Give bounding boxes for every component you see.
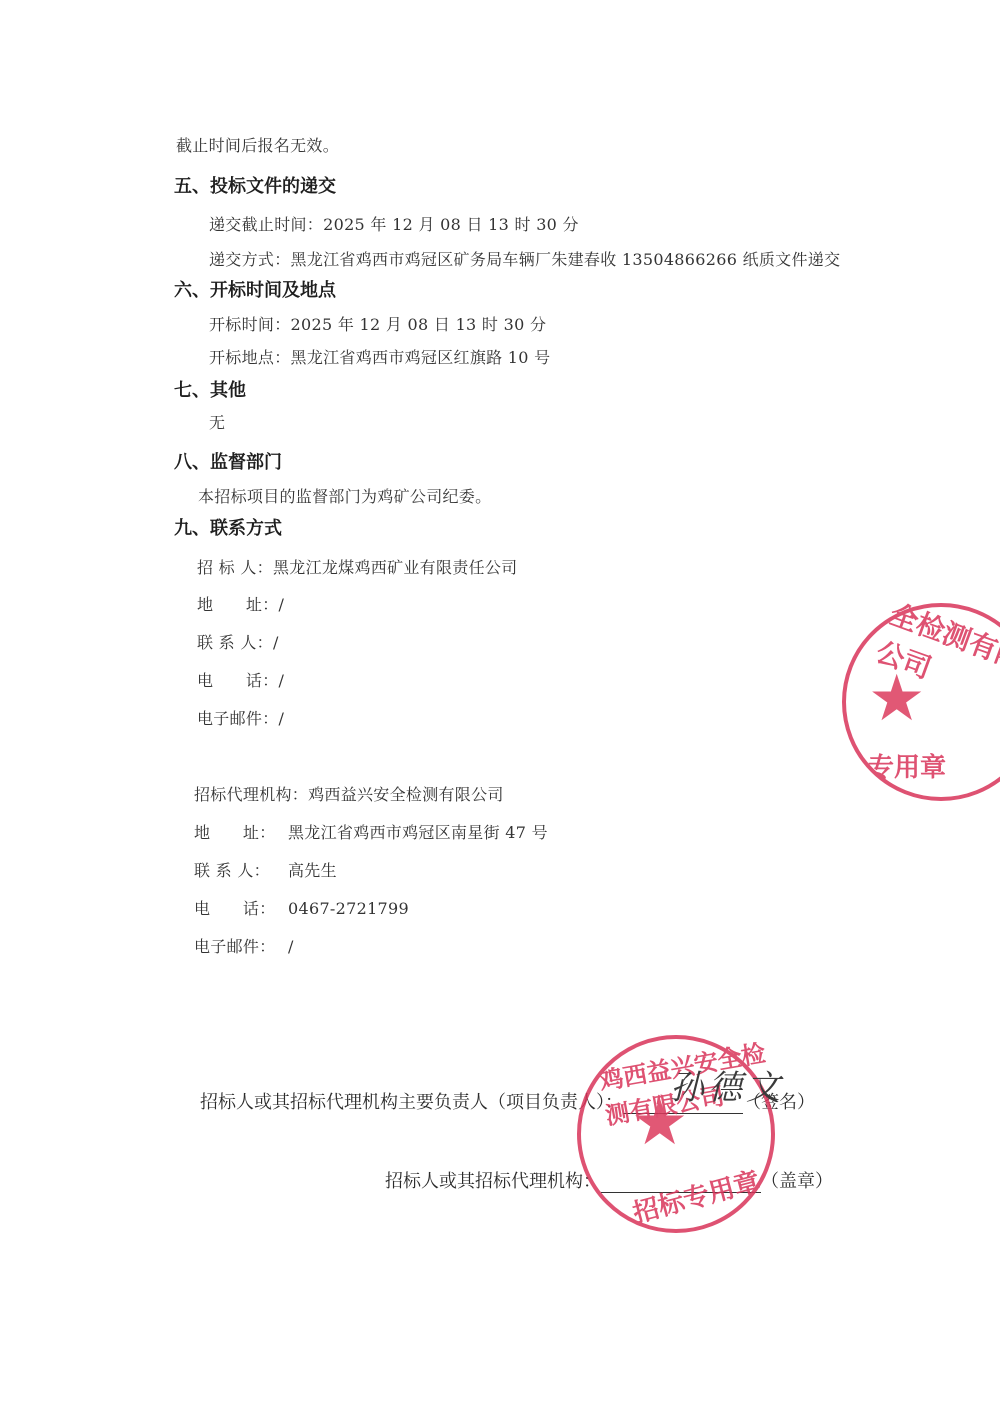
continuation-text: 截止时间后报名无效。 [176,133,339,156]
section-heading-other: 七、其他 [174,376,246,402]
other-content: 无 [209,410,225,433]
tenderer-contact-value: / [273,633,279,652]
agency-email-value: / [288,937,294,956]
submission-method-value: 黑龙江省鸡西市鸡冠区矿务局车辆厂朱建春收 13504866266 纸质文件递交 [291,250,841,269]
agency-phone-label: 电 话： [194,896,288,919]
bid-opening-time-value: 2025 年 12 月 08 日 13 时 30 分 [291,315,547,334]
agency-label: 招标代理机构： [194,782,308,805]
seal-bottom-text: 专用章 [868,747,946,784]
tenderer-email-label: 电子邮件： [197,706,279,729]
agency-address-label: 地 址： [194,820,288,843]
seal-suffix: （盖章） [761,1171,833,1192]
bid-opening-place: 开标地点：黑龙江省鸡西市鸡冠区红旗路 10 号 [209,345,550,368]
tenderer-contact-label: 联 系 人： [197,630,273,653]
submission-method-label: 递交方式： [209,250,291,269]
bid-opening-time: 开标时间：2025 年 12 月 08 日 13 时 30 分 [209,312,546,335]
bid-opening-place-label: 开标地点： [209,348,291,367]
section-heading-bid-opening: 六、开标时间及地点 [174,276,336,302]
section-heading-contact: 九、联系方式 [174,514,282,540]
tenderer-address-label: 地 址： [197,592,279,615]
seal-bottom-text: 招标专用章 [628,1161,763,1230]
submission-deadline: 递交截止时间：2025 年 12 月 08 日 13 时 30 分 [209,212,579,235]
tenderer-email-row: 电子邮件：/ [197,706,284,729]
agency-phone-row: 电 话：0467-2721799 [194,896,409,919]
submission-deadline-label: 递交截止时间： [209,215,323,234]
agency-address-row: 地 址：黑龙江省鸡西市鸡冠区南星街 47 号 [194,820,548,843]
handwritten-signature: 孙德文 [670,1060,784,1109]
tenderer-value: 黑龙江龙煤鸡西矿业有限责任公司 [273,558,518,577]
tenderer-name-row: 招 标 人：黑龙江龙煤鸡西矿业有限责任公司 [197,555,518,578]
tenderer-phone-value: / [279,671,285,690]
tenderer-contact-row: 联 系 人：/ [197,630,279,653]
agency-value: 鸡西益兴安全检测有限公司 [308,785,504,804]
tenderer-email-value: / [279,709,285,728]
bid-opening-time-label: 开标时间： [209,315,291,334]
supervision-content: 本招标项目的监督部门为鸡矿公司纪委。 [198,484,491,507]
agency-phone-value: 0467-2721799 [288,899,409,918]
bid-opening-place-value: 黑龙江省鸡西市鸡冠区红旗路 10 号 [291,348,551,367]
company-seal-partial: ★ 全检测有限公司 专用章 [842,603,1000,801]
agency-contact-label: 联 系 人： [194,858,288,881]
tenderer-label: 招 标 人： [197,555,273,578]
section-heading-supervision: 八、监督部门 [174,448,282,474]
tenderer-phone-row: 电 话：/ [197,668,284,691]
agency-email-row: 电子邮件：/ [194,934,294,957]
agency-name-row: 招标代理机构：鸡西益兴安全检测有限公司 [194,782,504,805]
signature-line-label: 招标人或其招标代理机构主要负责人（项目负责人）： [200,1092,623,1113]
seal-line-label: 招标人或其招标代理机构： [385,1171,601,1192]
section-heading-submission: 五、投标文件的递交 [174,172,336,198]
submission-deadline-value: 2025 年 12 月 08 日 13 时 30 分 [323,215,579,234]
agency-email-label: 电子邮件： [194,934,288,957]
agency-address-value: 黑龙江省鸡西市鸡冠区南星街 47 号 [288,823,548,842]
tenderer-address-row: 地 址：/ [197,592,284,615]
tenderer-address-value: / [279,595,285,614]
tenderer-phone-label: 电 话： [197,668,279,691]
agency-contact-row: 联 系 人：高先生 [194,858,337,881]
submission-method: 递交方式：黑龙江省鸡西市鸡冠区矿务局车辆厂朱建春收 13504866266 纸质… [209,247,840,270]
agency-contact-value: 高先生 [288,861,337,880]
